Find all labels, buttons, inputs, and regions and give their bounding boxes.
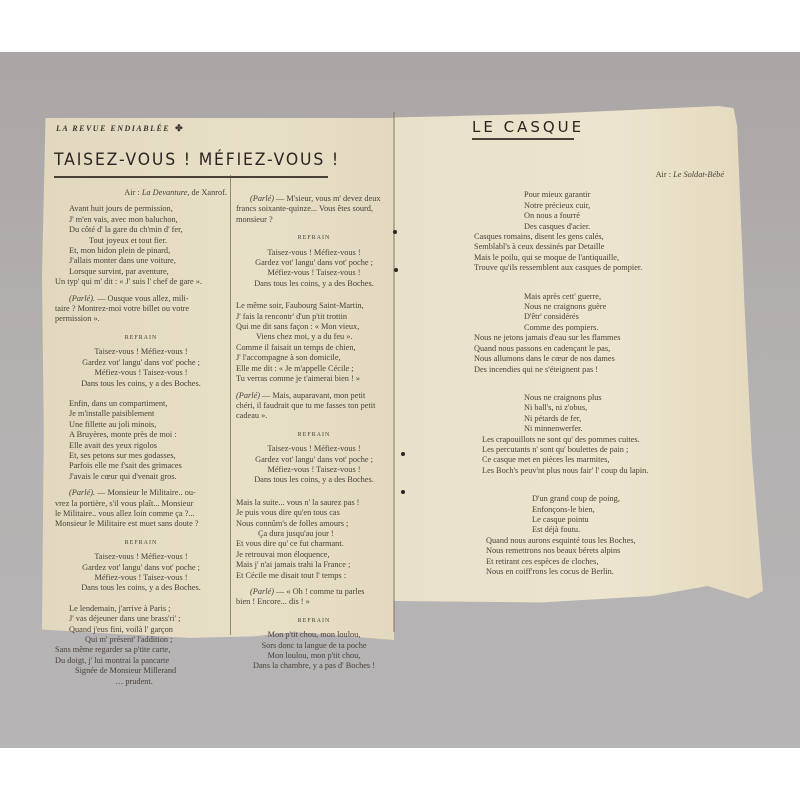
refrain-line: Méfiez-vous ! Taisez-vous !	[236, 465, 392, 475]
verse-line: Elle me dit : « Je m'appelle Cécile ;	[236, 364, 392, 374]
refrain-line: Gardez vot' langu' dans vot' poche ;	[236, 258, 392, 268]
verse-line: Quand nous aurons esquinté tous les Boch…	[474, 536, 734, 546]
refrain-line: Sors donc ta langue de ta poche	[236, 641, 392, 651]
verse-line: Nous ne craignons guère	[474, 302, 734, 312]
verse-line: Ni minnenwerfer.	[474, 424, 734, 434]
air-prefix: Air :	[124, 188, 142, 197]
center-fold	[393, 112, 395, 632]
verse-line: Avant huit jours de permission,	[55, 204, 227, 214]
spoken-line: cadeau ».	[236, 411, 392, 421]
verse-line: Et retirant ces espèces de cloches,	[474, 557, 734, 567]
refrain-line: Gardez vot' langu' dans vot' poche ;	[55, 358, 227, 368]
verse-line: Nous ne jetons jamais d'eau sur les flam…	[474, 333, 734, 343]
spoken-line: le Militaire.. vous allez loin comme ça …	[55, 509, 227, 519]
refrain-heading: REFRAIN	[236, 233, 392, 243]
spoken-line: — Mais, auparavant, mon petit	[262, 391, 365, 400]
verse-line: Semblabl's à ceux dessinés par Detaille	[474, 242, 734, 252]
verse-line: Et vous dire qu' ce fut charmant.	[236, 539, 392, 549]
spoken-4: (Parlé) — Mais, auparavant, mon petit ch…	[236, 391, 392, 422]
spoken-label: (Parlé)	[236, 391, 260, 400]
running-head: LA REVUE ENDIABLÉE✤	[56, 123, 184, 134]
air-title: La Devanture	[142, 188, 188, 197]
verse-line: Est déjà foutu.	[474, 525, 734, 535]
refrain: Taisez-vous ! Méfiez-vous ! Gardez vot' …	[236, 444, 392, 486]
refrain-line: Taisez-vous ! Méfiez-vous !	[55, 347, 227, 357]
verse-line: Et, mon bidon plein de pinard,	[55, 246, 227, 256]
running-head-text: LA REVUE ENDIABLÉE	[56, 124, 170, 133]
verse-line: Parfois elle me f'sait des grimaces	[55, 461, 227, 471]
stanza-2: Enfin, dans un compartiment, Je m'instal…	[55, 399, 227, 482]
stanza-2: Mais après cett' guerre, Nous ne craigno…	[474, 292, 734, 375]
verse-line: Tu verras comme je t'aimerai bien ! »	[236, 374, 392, 384]
verse-line: D'un grand coup de poing,	[474, 494, 734, 504]
verse-line: Mais après cett' guerre,	[474, 292, 734, 302]
verse-line: Les crapouillots ne sont qu' des pommes …	[474, 435, 734, 445]
spoken-line: permission ».	[55, 314, 227, 324]
verse-line: … prudent.	[55, 677, 227, 687]
stanza-1: Avant huit jours de permission, J' m'en …	[55, 204, 227, 287]
air-line: Air : Le Soldat-Bébé	[474, 170, 734, 180]
verse-line: Nous remettrons nos beaux bérets alpins	[474, 546, 734, 556]
verse-line: Casques romains, disent les gens calés,	[474, 232, 734, 242]
staple-hole	[401, 452, 405, 456]
verse-line: Et Cécile me disait tout l' temps :	[236, 571, 392, 581]
verse-line: Sans même regarder sa p'tite carte,	[55, 645, 227, 655]
verse-line: J' vas déjeuner dans une brass'ri' ;	[55, 614, 227, 624]
refrain: Taisez-vous ! Méfiez-vous ! Gardez vot' …	[55, 552, 227, 594]
spoken-2: (Parlé). — Monsieur le Militaire.. ou- v…	[55, 488, 227, 530]
right-column: Air : Le Soldat-Bébé Pour mieux garantir…	[474, 170, 734, 577]
spoken-line: chéri, il faudrait que tu me fasses ton …	[236, 401, 392, 411]
verse-line: Signée de Monsieur Millerand	[55, 666, 227, 676]
verse-line: Elle avait des yeux rigolos	[55, 441, 227, 451]
refrain-line: Taisez-vous ! Méfiez-vous !	[55, 552, 227, 562]
verse-line: Comme des pompiers.	[474, 323, 734, 333]
verse-line: Ce casque met en pièces les marmites,	[474, 455, 734, 465]
refrain-line: Méfiez-vous ! Taisez-vous !	[55, 368, 227, 378]
verse-line: Un typ' qui m' dit : « J' suis l' chef d…	[55, 277, 227, 287]
verse-line: Et, ses petons sur mes godasses,	[55, 451, 227, 461]
verse-line: Je m'installe paisiblement	[55, 409, 227, 419]
refrain-line: Dans la chambre, y a pas d' Boches !	[236, 661, 392, 671]
spoken-1: (Parlé). — Ousque vous allez, mili- tair…	[55, 294, 227, 325]
verse-line: Le casque pointu	[474, 515, 734, 525]
left-column: Air : La Devanture, de Xanrof. Avant hui…	[55, 188, 227, 687]
verse-line: On nous a fourré	[474, 211, 734, 221]
spoken-line: taire ? Montrez-moi votre billet ou votr…	[55, 304, 227, 314]
refrain: Taisez-vous ! Méfiez-vous ! Gardez vot' …	[236, 248, 392, 290]
stanza-3: Nous ne craignons plus Ni ball's, ni z'o…	[474, 393, 734, 476]
air-suffix: , de Xanrof.	[187, 188, 227, 197]
spoken-line: monsieur ?	[236, 215, 392, 225]
song-title-left: TAISEZ-VOUS ! MÉFIEZ-VOUS !	[54, 150, 340, 170]
spoken-line: — « Oh ! comme tu parles	[276, 587, 364, 596]
refrain-line: Mon loulou, mon p'tit chou,	[236, 651, 392, 661]
verse-line: Nous en coiff'rons les cocus de Berlin.	[474, 567, 734, 577]
verse-line: Du doigt, j' lui montrai la pancarte	[55, 656, 227, 666]
verse-line: Ça dura jusqu'au jour !	[236, 529, 392, 539]
verse-line: A Bruyères, monte près de moi :	[55, 430, 227, 440]
column-divider	[230, 175, 231, 635]
refrain-line: Dans tous les coins, y a des Boches.	[236, 475, 392, 485]
verse-line: Tout joyeux et tout fier.	[55, 236, 227, 246]
air-title: Le Soldat-Bébé	[673, 170, 724, 179]
refrain-heading: REFRAIN	[236, 430, 392, 440]
verse-line: Trouve qu'ils ressemblent aux casques de…	[474, 263, 734, 273]
staple-hole	[394, 268, 398, 272]
verse-line: Nous connûm's de folles amours ;	[236, 519, 392, 529]
middle-column: (Parlé) — M'sieur, vous m' devez deux fr…	[236, 194, 392, 672]
spoken-label: (Parlé).	[69, 294, 95, 303]
title-underline	[472, 138, 574, 140]
refrain-line: Dans tous les coins, y a des Boches.	[55, 379, 227, 389]
verse-line: Qui m' présent' l'addition ;	[55, 635, 227, 645]
refrain-heading: REFRAIN	[236, 616, 392, 626]
refrain-line: Dans tous les coins, y a des Boches.	[55, 583, 227, 593]
spoken-line: — M'sieur, vous m' devez deux	[276, 194, 381, 203]
verse-line: D'êtr' considérés	[474, 312, 734, 322]
final-refrain: Mon p'tit chou, mon loulou, Sors donc ta…	[236, 630, 392, 672]
stanza-4: D'un grand coup de poing, Enfonçons-le b…	[474, 494, 734, 577]
verse-line: Enfonçons-le bien,	[474, 505, 734, 515]
stanza-3: Le lendemain, j'arrive à Paris ; J' vas …	[55, 604, 227, 687]
staple-hole	[393, 230, 397, 234]
verse-line: Ni ball's, ni z'obus,	[474, 403, 734, 413]
verse-line: Nous allumons dans le cœur de nos dames	[474, 354, 734, 364]
verse-line: J'allais monter dans une voiture,	[55, 256, 227, 266]
verse-line: Mais le poilu, qui se moque de l'antiqua…	[474, 253, 734, 263]
refrain-line: Mon p'tit chou, mon loulou,	[236, 630, 392, 640]
spoken-5: (Parlé) — « Oh ! comme tu parles bien ! …	[236, 587, 392, 608]
verse-line: Des casques d'acier.	[474, 222, 734, 232]
verse-line: Viens chez moi, y a du feu ».	[236, 332, 392, 342]
air-line: Air : La Devanture, de Xanrof.	[55, 188, 227, 198]
song-title-right: LE CASQUE	[472, 118, 584, 136]
verse-line: Les Boch's peuv'nt plus nous fair' l' co…	[474, 466, 734, 476]
spoken-3: (Parlé) — M'sieur, vous m' devez deux fr…	[236, 194, 392, 225]
verse-line: Quand j'eus fini, voilà l' garçon	[55, 625, 227, 635]
verse-line: Pour mieux garantir	[474, 190, 734, 200]
spoken-line: vrez la portière, s'il vous plaît... Mon…	[55, 499, 227, 509]
refrain-line: Gardez vot' langu' dans vot' poche ;	[55, 563, 227, 573]
spoken-line: bien ! Encore... dis ! »	[236, 597, 392, 607]
spoken-label: (Parlé).	[69, 488, 95, 497]
stanza-1: Pour mieux garantir Notre précieux cuir,…	[474, 190, 734, 273]
verse-line: Les percutants n' sont qu' boulettes de …	[474, 445, 734, 455]
verse-line: Une fillette au joli minois,	[55, 420, 227, 430]
verse-line: Le lendemain, j'arrive à Paris ;	[55, 604, 227, 614]
verse-line: Ni pétards de fer,	[474, 414, 734, 424]
refrain-line: Taisez-vous ! Méfiez-vous !	[236, 248, 392, 258]
verse-line: Qui me dit sans façon : « Mon vieux,	[236, 322, 392, 332]
verse-line: Du côté d' la gare du ch'min d' fer,	[55, 225, 227, 235]
spoken-label: (Parlé)	[250, 194, 274, 203]
verse-line: J' l'accompagne à son domicile,	[236, 353, 392, 363]
verse-line: Mais j' n'ai jamais trahi la France ;	[236, 560, 392, 570]
verse-line: Quand nous passons en cadençant le pas,	[474, 344, 734, 354]
verse-line: J' m'en vais, avec mon baluchon,	[55, 215, 227, 225]
verse-line: Des incendies qui ne s'éteignent pas !	[474, 365, 734, 375]
refrain-line: Méfiez-vous ! Taisez-vous !	[236, 268, 392, 278]
verse-line: Lorsque survint, par aventure,	[55, 267, 227, 277]
refrain-line: Taisez-vous ! Méfiez-vous !	[236, 444, 392, 454]
spoken-line: — Monsieur le Militaire.. ou-	[97, 488, 196, 497]
spoken-label: (Parlé)	[250, 587, 274, 596]
title-underline	[54, 176, 328, 178]
verse-line: J' fais la rencontr' d'un p'tit trottin	[236, 312, 392, 322]
refrain-line: Dans tous les coins, y a des Boches.	[236, 279, 392, 289]
refrain-heading: REFRAIN	[55, 333, 227, 343]
verse-line: Je puis vous dire qu'en tous cas	[236, 508, 392, 518]
verse-line: Nous ne craignons plus	[474, 393, 734, 403]
stanza-4: Le même soir, Faubourg Saint-Martin, J' …	[236, 301, 392, 384]
refrain-line: Gardez vot' langu' dans vot' poche ;	[236, 455, 392, 465]
verse-line: Le même soir, Faubourg Saint-Martin,	[236, 301, 392, 311]
air-prefix: Air :	[656, 170, 674, 179]
verse-line: Enfin, dans un compartiment,	[55, 399, 227, 409]
verse-line: Notre précieux cuir,	[474, 201, 734, 211]
refrain-heading: REFRAIN	[55, 538, 227, 548]
refrain: Taisez-vous ! Méfiez-vous ! Gardez vot' …	[55, 347, 227, 389]
spoken-line: Monsieur le Militaire est muet sans dout…	[55, 519, 227, 529]
spoken-line: francs soixante-quinze... Vous êtes sour…	[236, 204, 392, 214]
verse-line: Comme il faisait un temps de chien,	[236, 343, 392, 353]
stanza-5: Mais la suite... vous n' la saurez pas !…	[236, 498, 392, 581]
ornament-icon: ✤	[175, 123, 184, 133]
verse-line: J'avais le cœur qui d'venait gros.	[55, 472, 227, 482]
staple-hole	[401, 490, 405, 494]
spoken-line: — Ousque vous allez, mili-	[97, 294, 188, 303]
verse-line: Mais la suite... vous n' la saurez pas !	[236, 498, 392, 508]
refrain-line: Méfiez-vous ! Taisez-vous !	[55, 573, 227, 583]
verse-line: Je retrouvai mon éloquence,	[236, 550, 392, 560]
